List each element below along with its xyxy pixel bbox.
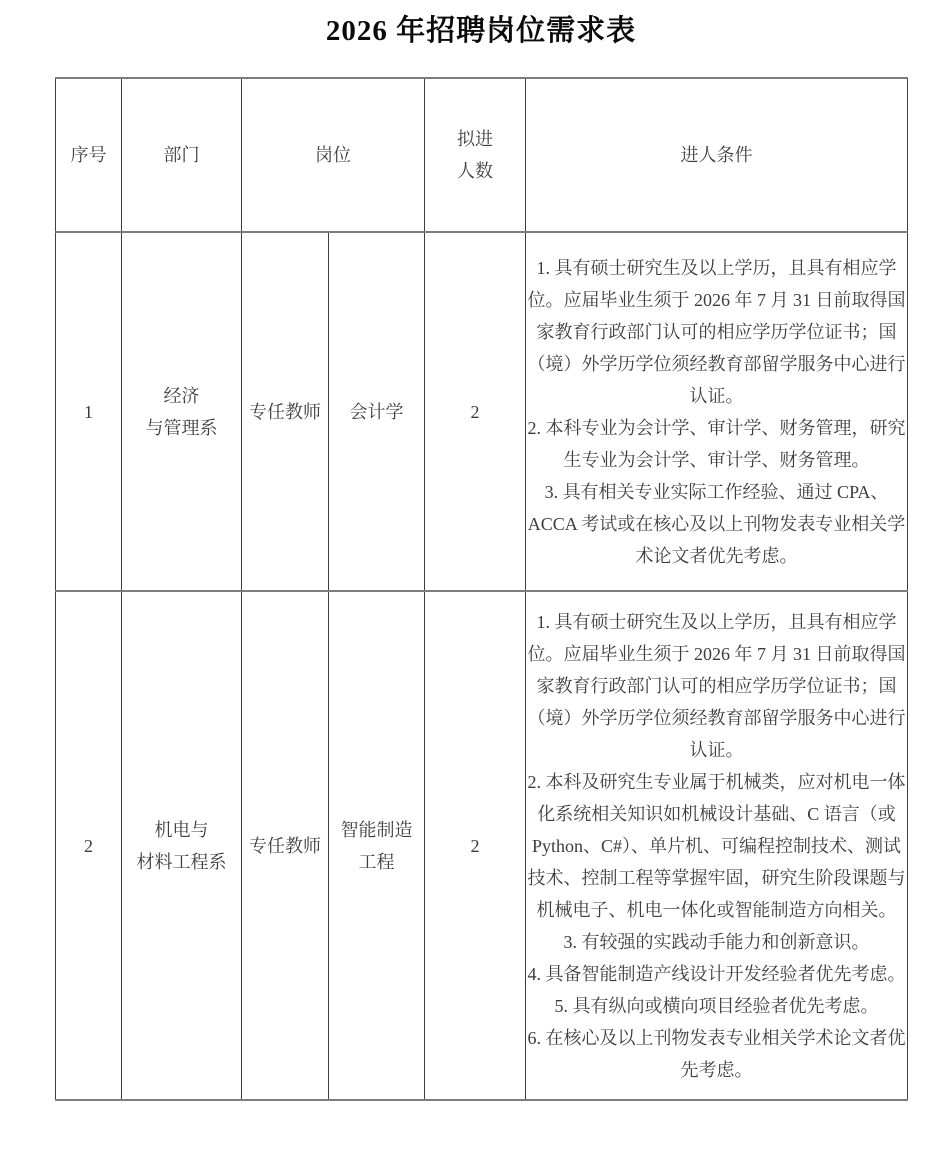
table-header-row: 序号 部门 岗位 拟进 人数 进人条件	[56, 78, 908, 232]
condition-item: 5. 具有纵向或横向项目经验者优先考虑。	[526, 990, 907, 1022]
table-row: 1 经济 与管理系 专任教师 会计学 2 1. 具有硕士研究生及以上学历，且具有…	[56, 232, 908, 591]
department-line: 经济	[122, 380, 241, 412]
row1-department-cell: 经济 与管理系	[122, 232, 242, 591]
major-line: 智能制造	[329, 814, 424, 846]
department-line: 与管理系	[122, 412, 241, 444]
row2-department-cell: 机电与 材料工程系	[122, 591, 242, 1100]
major-line: 工程	[329, 846, 424, 878]
row1-position-type-cell: 专任教师	[242, 232, 329, 591]
row2-requirements-cell: 1. 具有硕士研究生及以上学历，且具有相应学位。应届毕业生须于 2026 年 7…	[526, 591, 908, 1100]
planned-count-header-line2: 人数	[425, 155, 525, 187]
header-cell-planned-count: 拟进 人数	[425, 78, 526, 232]
condition-item: 3. 具有相关专业实际工作经验、通过 CPA、ACCA 考试或在核心及以上刊物发…	[526, 476, 907, 572]
condition-item: 6. 在核心及以上刊物发表专业相关学术论文者优先考虑。	[526, 1022, 907, 1086]
row2-index-cell: 2	[56, 591, 122, 1100]
recruitment-requirements-table: 序号 部门 岗位 拟进 人数 进人条件 1 经济 与管理系 专任教师 会计学 2…	[55, 77, 908, 1101]
row1-requirements-cell: 1. 具有硕士研究生及以上学历，且具有相应学位。应届毕业生须于 2026 年 7…	[526, 232, 908, 591]
department-line: 机电与	[122, 814, 241, 846]
header-cell-requirements: 进人条件	[526, 78, 908, 232]
header-cell-index: 序号	[56, 78, 122, 232]
condition-item: 3. 有较强的实践动手能力和创新意识。	[526, 926, 907, 958]
condition-item: 1. 具有硕士研究生及以上学历，且具有相应学位。应届毕业生须于 2026 年 7…	[526, 252, 907, 412]
row1-position-major-cell: 会计学	[329, 232, 425, 591]
planned-count-header-line1: 拟进	[425, 123, 525, 155]
row2-planned-count-cell: 2	[425, 591, 526, 1100]
header-cell-position: 岗位	[242, 78, 425, 232]
page-title: 2026 年招聘岗位需求表	[55, 8, 907, 49]
condition-item: 1. 具有硕士研究生及以上学历，且具有相应学位。应届毕业生须于 2026 年 7…	[526, 606, 907, 766]
condition-item: 2. 本科专业为会计学、审计学、财务管理，研究生专业为会计学、审计学、财务管理。	[526, 412, 907, 476]
row1-planned-count-cell: 2	[425, 232, 526, 591]
condition-item: 2. 本科及研究生专业属于机械类，应对机电一体化系统相关知识如机械设计基础、C …	[526, 766, 907, 926]
department-line: 材料工程系	[122, 846, 241, 878]
row2-position-major-cell: 智能制造 工程	[329, 591, 425, 1100]
row1-index-cell: 1	[56, 232, 122, 591]
header-cell-department: 部门	[122, 78, 242, 232]
condition-item: 4. 具备智能制造产线设计开发经验者优先考虑。	[526, 958, 907, 990]
row2-position-type-cell: 专任教师	[242, 591, 329, 1100]
major-line: 会计学	[329, 396, 424, 428]
table-row: 2 机电与 材料工程系 专任教师 智能制造 工程 2 1. 具有硕士研究生及以上…	[56, 591, 908, 1100]
document-page: 2026 年招聘岗位需求表 序号 部门 岗位 拟进 人数 进人条件 1 经济 与…	[0, 0, 934, 1150]
